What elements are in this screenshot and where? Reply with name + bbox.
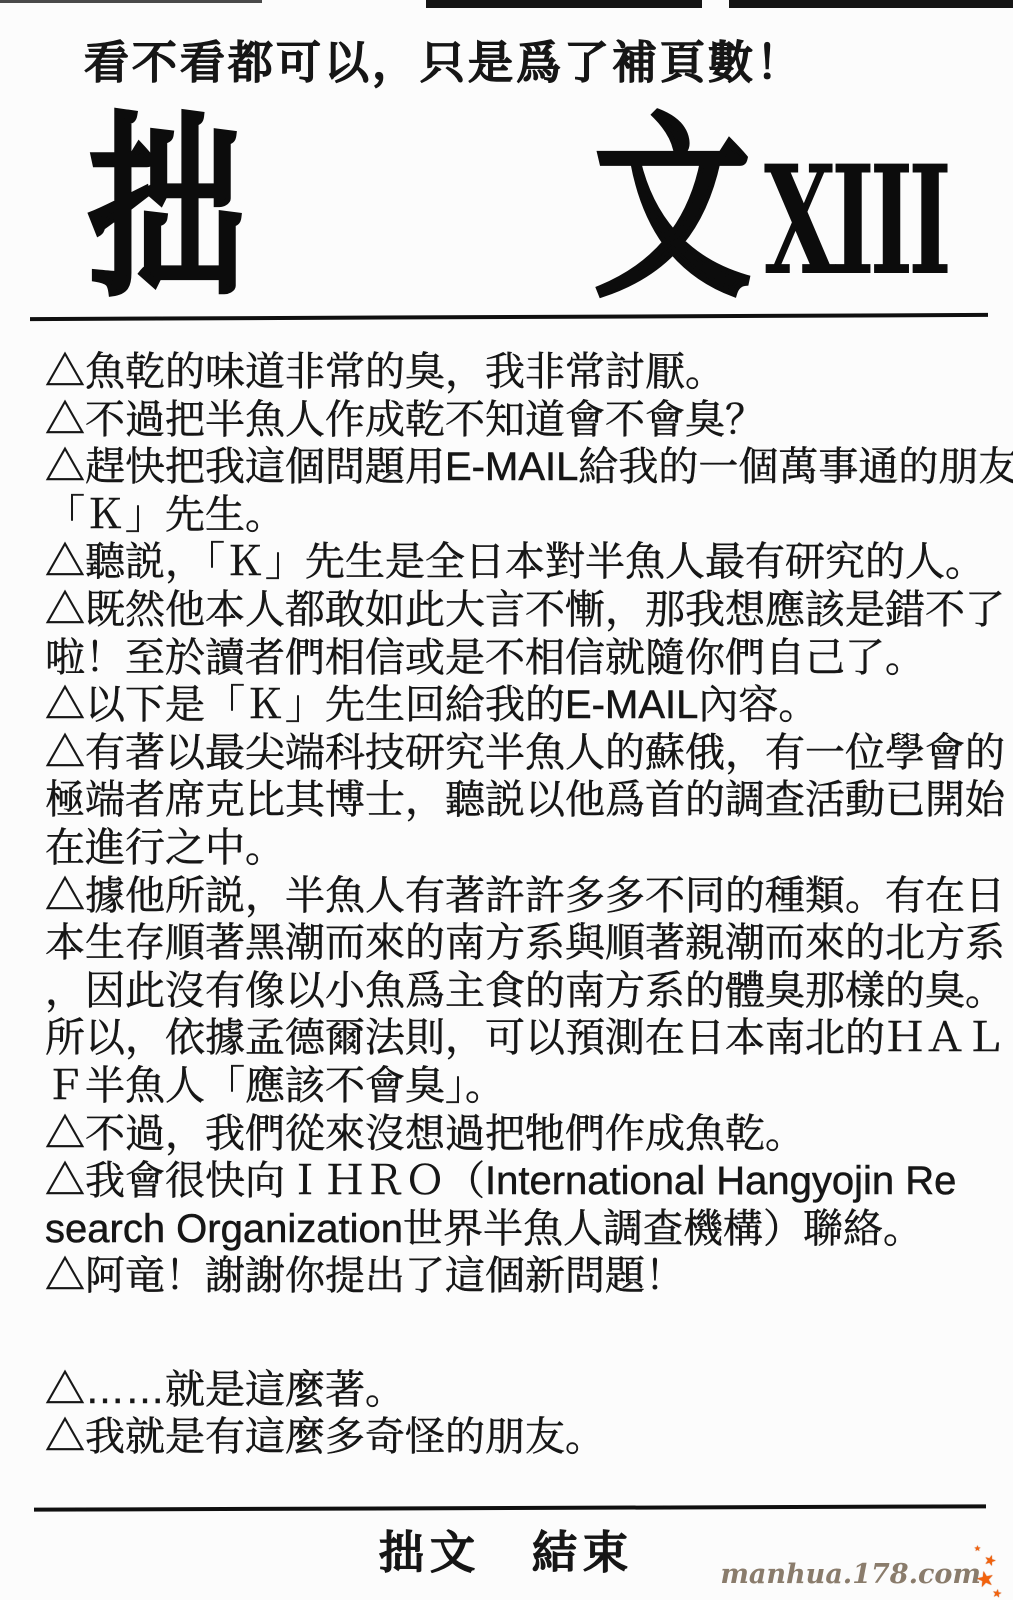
body-line: △趕快把我這個問題用E-MAIL給我的一個萬事通的朋友 — [45, 444, 1013, 492]
watermark: ★ manhua.178.com ★ ★ ★ — [759, 1545, 999, 1600]
body-line: 在進行之中。 — [45, 825, 1013, 873]
body-paragraph-closing: △……就是這麼著。 △我就是有這麼多奇怪的朋友。 — [45, 1367, 1013, 1462]
body-line: Ｆ半魚人「應該不會臭」。 — [45, 1063, 1013, 1111]
body-line: △我就是有這麼多奇怪的朋友。 — [45, 1414, 1013, 1462]
manga-text-page: 看不看都可以，只是爲了補頁數！ 拙 文 XIII △魚乾的味道非常的臭，我非常討… — [0, 0, 1013, 1600]
body-line: △聽説，「Ｋ」先生是全日本對半魚人最有研究的人。 — [45, 539, 1013, 587]
body-line: 所以，依據孟德爾法則，可以預測在日本南北的ＨＡＬ — [45, 1015, 1013, 1063]
body-line: 極端者席克比其博士，聽説以他爲首的調查活動已開始 — [45, 777, 1013, 825]
star-icon: ★ — [991, 1588, 1003, 1600]
body-line: 啦！至於讀者們相信或是不相信就隨你們自己了。 — [45, 635, 1013, 683]
body-line: 「Ｋ」先生。 — [45, 492, 1013, 540]
body-line: △有著以最尖端科技研究半魚人的蘇俄，有一位學會的 — [45, 730, 1013, 778]
body-line: △不過，我們從來沒想過把牠們作成魚乾。 — [45, 1111, 1013, 1159]
body-line: △據他所説，半魚人有著許許多多不同的種類。有在日 — [45, 873, 1013, 921]
page-title-char-left: 拙 — [88, 112, 245, 308]
body-line: △魚乾的味道非常的臭，我非常討厭。 — [45, 349, 1013, 397]
page-title-numeral: XIII — [764, 146, 947, 296]
scan-edge-artifact — [729, 0, 1013, 8]
scan-edge-artifact — [426, 0, 702, 8]
body-line: △不過把半魚人作成乾不知道會不會臭？ — [45, 397, 1013, 445]
body-line: ，因此沒有像以小魚爲主食的南方系的體臭那樣的臭。 — [45, 968, 1013, 1016]
body-line: △……就是這麼著。 — [45, 1367, 1013, 1415]
header-note: 看不看都可以，只是爲了補頁數！ — [84, 26, 804, 91]
page-title-char-right: 文 — [594, 112, 751, 308]
body-line: search Organization世界半魚人調查機構）聯絡。 — [45, 1206, 1013, 1254]
body-line: △我會很快向ＩＨＲＯ（International Hangyojin Re — [45, 1158, 1013, 1206]
body-line: △阿竜！謝謝你提出了這個新問題！ — [45, 1253, 1013, 1301]
star-icon: ★ — [974, 1545, 981, 1553]
body-text: △魚乾的味道非常的臭，我非常討厭。 △不過把半魚人作成乾不知道會不會臭？ △趕快… — [45, 349, 1013, 1462]
body-paragraph-main: △魚乾的味道非常的臭，我非常討厭。 △不過把半魚人作成乾不知道會不會臭？ △趕快… — [45, 349, 1013, 1301]
body-line: 本生存順著黑潮而來的南方系與順著親潮而來的北方系 — [45, 920, 1013, 968]
body-line: △既然他本人都敢如此大言不慚，那我想應該是錯不了 — [45, 587, 1013, 635]
watermark-text: manhua.178.com — [720, 1559, 981, 1590]
footer-divider-rule — [34, 1504, 986, 1511]
scan-edge-artifact — [0, 0, 262, 3]
body-line: △以下是「Ｋ」先生回給我的E-MAIL內容。 — [45, 682, 1013, 730]
